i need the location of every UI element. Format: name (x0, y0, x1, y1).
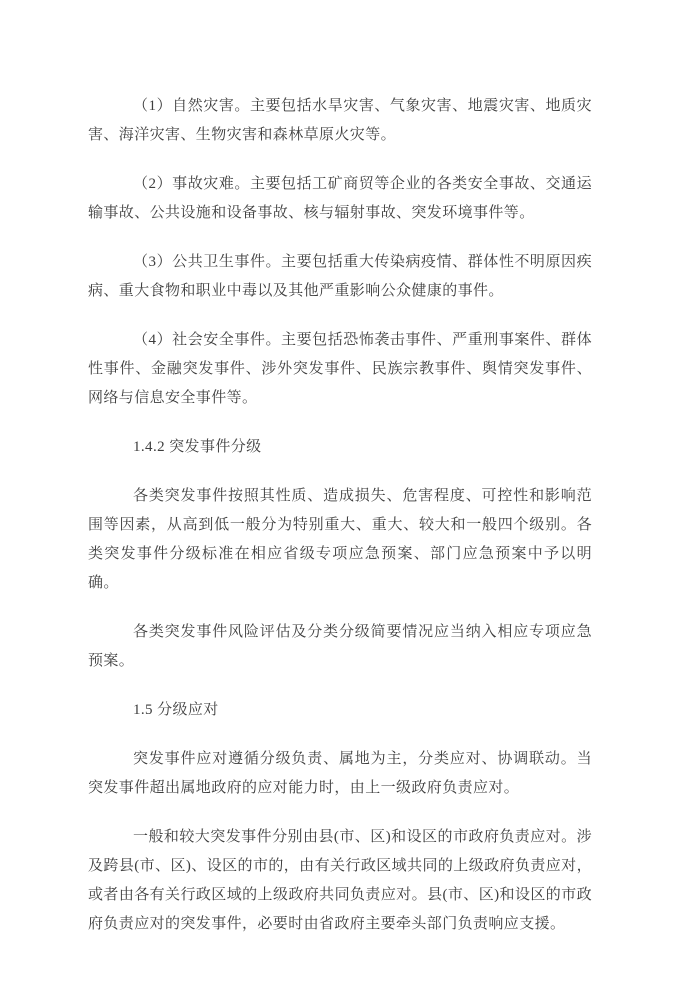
body-paragraph: （3）公共卫生事件。主要包括重大传染病疫情、群体性不明原因疾病、重大食物和职业中… (88, 248, 592, 306)
body-paragraph: 突发事件应对遵循分级负责、属地为主，分类应对、协调联动。当突发事件超出属地政府的… (88, 745, 592, 803)
section-heading: 1.5 分级应对 (88, 696, 592, 725)
body-paragraph: （4）社会安全事件。主要包括恐怖袭击事件、严重刑事案件、群体性事件、金融突发事件… (88, 326, 592, 413)
body-paragraph: 一般和较大突发事件分别由县(市、区)和设区的市政府负责应对。涉及跨县(市、区)、… (88, 823, 592, 939)
body-paragraph: （1）自然灾害。主要包括水旱灾害、气象灾害、地震灾害、地质灾害、海洋灾害、生物灾… (88, 92, 592, 150)
body-paragraph: 各类突发事件按照其性质、造成损失、危害程度、可控性和影响范围等因素，从高到低一般… (88, 482, 592, 598)
section-heading: 1.4.2 突发事件分级 (88, 433, 592, 462)
document-page: （1）自然灾害。主要包括水旱灾害、气象灾害、地震灾害、地质灾害、海洋灾害、生物灾… (0, 0, 700, 990)
document-body: （1）自然灾害。主要包括水旱灾害、气象灾害、地震灾害、地质灾害、海洋灾害、生物灾… (88, 92, 592, 959)
body-paragraph: （2）事故灾难。主要包括工矿商贸等企业的各类安全事故、交通运输事故、公共设施和设… (88, 170, 592, 228)
body-paragraph: 各类突发事件风险评估及分类分级简要情况应当纳入相应专项应急预案。 (88, 618, 592, 676)
